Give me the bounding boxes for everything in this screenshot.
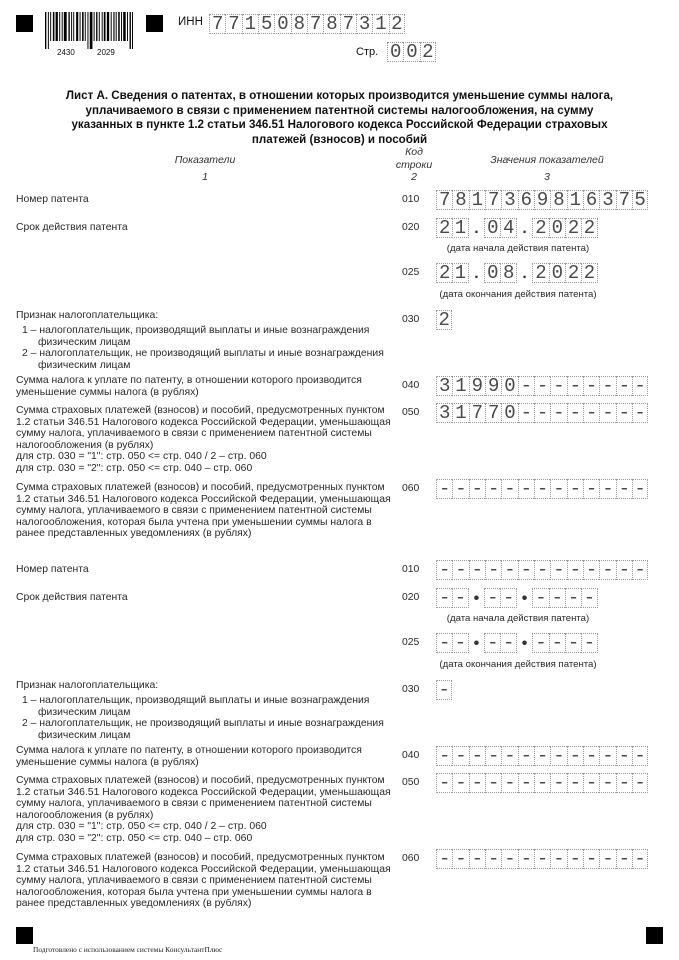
text-line: для стр. 030 = "2": стр. 050 <= стр. 040… [16, 833, 391, 845]
end-date-field[interactable]: 21.08.2022 [436, 263, 598, 283]
tax-amount-label: Сумма налога к уплате по патенту, в отно… [16, 745, 362, 768]
field-cell: - [567, 849, 583, 869]
insurance-prior-field[interactable]: ------------- [436, 849, 648, 869]
field-cell: - [501, 849, 517, 869]
date-year-group[interactable]: ---- [532, 633, 597, 653]
insurance-amount-field[interactable]: ------------- [436, 773, 648, 793]
line-code-020: 020 [402, 592, 419, 604]
line-code-010: 010 [402, 194, 419, 206]
text-line: Сумма налога к уплате по патенту, в отно… [16, 745, 362, 757]
start-date-caption: (дата начала действия патента) [436, 613, 600, 624]
option-text: 2 – налогоплательщик, не производящий вы… [22, 718, 384, 730]
line-code-025: 025 [402, 267, 419, 279]
date-separator: • [469, 588, 485, 608]
tax-amount-field[interactable]: ------------- [436, 746, 648, 766]
field-cell: - [599, 773, 615, 793]
date-separator: • [469, 633, 485, 653]
field-cell: 7 [485, 190, 501, 210]
field-cell: - [518, 773, 534, 793]
text-line: налогообложения (в рублях) [16, 810, 391, 822]
field-cell: 7 [616, 190, 632, 210]
date-year-group[interactable]: ---- [532, 588, 597, 608]
field-cell: - [452, 588, 468, 608]
field-cell: - [484, 588, 500, 608]
patent-number-field[interactable]: 7817369816375 [436, 190, 648, 210]
text-line: сумму налога, уплачиваемого в связи с пр… [16, 875, 391, 887]
field-cell: - [567, 773, 583, 793]
field-cell: - [549, 588, 565, 608]
insurance-amount-label: Сумма страховых платежей (взносов) и пос… [16, 775, 391, 845]
field-cell: - [550, 560, 566, 580]
field-cell: - [581, 633, 597, 653]
field-cell: - [452, 633, 468, 653]
option-text-continued: физическим лицам [22, 730, 384, 742]
start-date-field[interactable]: --•--•---- [436, 588, 598, 608]
field-cell: - [436, 746, 452, 766]
field-cell: - [616, 746, 632, 766]
field-cell: 6 [583, 190, 599, 210]
field-cell: 7 [436, 190, 452, 210]
text-line: для стр. 030 = "1": стр. 050 <= стр. 040… [16, 821, 391, 833]
field-cell: - [469, 560, 485, 580]
line-code-010: 010 [402, 564, 419, 576]
line-code-060: 060 [402, 853, 419, 865]
field-cell: 8 [452, 190, 468, 210]
date-month-group[interactable]: -- [484, 633, 517, 653]
field-cell: 2 [436, 218, 452, 238]
field-cell: 8 [550, 190, 566, 210]
field-cell: - [581, 588, 597, 608]
validity-label: Срок действия патента [16, 222, 128, 234]
field-cell: - [485, 560, 501, 580]
field-cell: 0 [549, 263, 565, 283]
text-line: Сумма страховых платежей (взносов) и пос… [16, 852, 391, 864]
field-cell: - [485, 746, 501, 766]
field-cell: - [550, 773, 566, 793]
field-cell: - [500, 588, 516, 608]
date-day-group[interactable]: -- [436, 633, 469, 653]
field-cell: 2 [436, 310, 452, 330]
field-cell: 4 [500, 218, 516, 238]
field-cell: 9 [534, 190, 550, 210]
field-cell: 3 [599, 190, 615, 210]
text-line: сумму налога, уплачиваемого в связи с пр… [16, 798, 391, 810]
field-cell: 2 [532, 218, 548, 238]
field-cell: - [501, 773, 517, 793]
end-date-caption: (дата окончания действия патента) [436, 289, 600, 300]
field-cell: 6 [518, 190, 534, 210]
patent-number-label: Номер патента [16, 564, 89, 576]
field-cell: 8 [500, 263, 516, 283]
line-code-040: 040 [402, 750, 419, 762]
field-cell: - [534, 773, 550, 793]
taxpayer-sign-option-2: 2 – налогоплательщик, не производящий вы… [22, 348, 384, 371]
field-cell: - [534, 560, 550, 580]
patent-number-label: Номер патента [16, 194, 89, 206]
date-separator: • [517, 633, 533, 653]
start-date-caption: (дата начала действия патента) [436, 243, 600, 254]
field-cell: 0 [484, 263, 500, 283]
date-month-group[interactable]: -- [484, 588, 517, 608]
line-code-030: 030 [402, 684, 419, 696]
footer-note: Подготовлено с использованием системы Ко… [33, 945, 222, 954]
field-cell: 1 [452, 218, 468, 238]
field-cell: - [436, 633, 452, 653]
field-cell: - [452, 746, 468, 766]
field-cell: - [469, 746, 485, 766]
field-cell: - [436, 849, 452, 869]
field-cell: - [616, 773, 632, 793]
date-separator: . [517, 263, 533, 283]
date-separator: . [517, 218, 533, 238]
field-cell: - [550, 746, 566, 766]
alignment-marker-bottom-left [16, 927, 33, 944]
field-cell: 2 [436, 263, 452, 283]
field-cell: 1 [469, 190, 485, 210]
field-cell: 2 [532, 263, 548, 283]
date-year-group[interactable]: 2022 [532, 218, 597, 238]
text-line: ранее представленных уведомлениях (в руб… [16, 898, 391, 910]
field-cell: - [452, 849, 468, 869]
field-cell: 0 [549, 218, 565, 238]
field-cell: - [583, 560, 599, 580]
text-line: 1.2 статьи 346.51 Налогового кодекса Рос… [16, 864, 391, 876]
taxpayer-sign-option-1: 1 – налогоплательщик, производящий выпла… [22, 325, 369, 348]
field-cell: - [500, 633, 516, 653]
field-cell: - [550, 849, 566, 869]
field-cell: - [518, 849, 534, 869]
field-cell: 3 [501, 190, 517, 210]
option-text: 1 – налогоплательщик, производящий выпла… [22, 325, 369, 337]
patent-section: Номер патента 010 7817369816375 Срок дей… [0, 0, 679, 370]
date-month-group[interactable]: 08 [484, 263, 517, 283]
field-cell: - [583, 849, 599, 869]
field-cell: - [549, 633, 565, 653]
field-cell: 2 [565, 218, 581, 238]
field-cell: - [452, 773, 468, 793]
line-code-025: 025 [402, 637, 419, 649]
field-cell: - [632, 560, 648, 580]
field-cell: - [616, 849, 632, 869]
validity-label: Срок действия патента [16, 592, 128, 604]
field-cell: - [632, 746, 648, 766]
taxpayer-sign-option-2: 2 – налогоплательщик, не производящий вы… [22, 718, 384, 741]
patent-section: Номер патента 010 ------------- Срок дей… [0, 370, 679, 740]
option-text-continued: физическим лицам [22, 707, 369, 719]
field-cell: - [469, 849, 485, 869]
field-cell: - [599, 849, 615, 869]
date-separator: . [469, 263, 485, 283]
option-text: 2 – налогоплательщик, не производящий вы… [22, 348, 384, 360]
field-cell: - [485, 849, 501, 869]
field-cell: - [501, 560, 517, 580]
line-code-050: 050 [402, 777, 419, 789]
field-cell: 0 [484, 218, 500, 238]
field-cell: - [632, 773, 648, 793]
field-cell: - [532, 633, 548, 653]
field-cell: 1 [452, 263, 468, 283]
date-day-group[interactable]: -- [436, 588, 469, 608]
field-cell: - [567, 560, 583, 580]
field-cell: - [599, 560, 615, 580]
field-cell: - [583, 773, 599, 793]
field-cell: - [436, 560, 452, 580]
field-cell: - [436, 773, 452, 793]
line-code-020: 020 [402, 222, 419, 234]
field-cell: 5 [632, 190, 648, 210]
field-cell: 1 [567, 190, 583, 210]
field-cell: - [452, 560, 468, 580]
alignment-marker-bottom-right [646, 927, 663, 944]
field-cell: - [599, 746, 615, 766]
field-cell: - [565, 588, 581, 608]
taxpayer-sign-label: Признак налогоплательщика: [16, 680, 158, 692]
field-cell: - [534, 849, 550, 869]
date-day-group[interactable]: 21 [436, 218, 469, 238]
insurance-prior-label: Сумма страховых платежей (взносов) и пос… [16, 852, 391, 910]
date-separator: . [469, 218, 485, 238]
field-cell: 2 [565, 263, 581, 283]
date-year-group[interactable]: 2022 [532, 263, 597, 283]
start-date-field[interactable]: 21.04.2022 [436, 218, 598, 238]
field-cell: - [532, 588, 548, 608]
field-cell: 2 [581, 263, 597, 283]
field-cell: - [565, 633, 581, 653]
taxpayer-sign-option-1: 1 – налогоплательщик, производящий выпла… [22, 695, 369, 718]
taxpayer-sign-field[interactable]: 2 [436, 310, 452, 330]
option-text-continued: физическим лицам [22, 337, 369, 349]
line-code-030: 030 [402, 314, 419, 326]
field-cell: - [484, 633, 500, 653]
option-text: 1 – налогоплательщик, производящий выпла… [22, 695, 369, 707]
field-cell: 2 [581, 218, 597, 238]
patent-number-field[interactable]: ------------- [436, 560, 648, 580]
field-cell: - [567, 746, 583, 766]
text-line: налогообложения, которая была учтена при… [16, 887, 391, 899]
field-cell: - [436, 680, 452, 700]
field-cell: - [436, 588, 452, 608]
field-cell: - [485, 773, 501, 793]
field-cell: - [518, 560, 534, 580]
text-line: уменьшение суммы налога (в рублях) [16, 757, 362, 769]
text-line: Сумма страховых платежей (взносов) и пос… [16, 775, 391, 787]
date-month-group[interactable]: 04 [484, 218, 517, 238]
field-cell: - [583, 746, 599, 766]
text-line: 1.2 статьи 346.51 Налогового кодекса Рос… [16, 787, 391, 799]
end-date-field[interactable]: --•--•---- [436, 633, 598, 653]
taxpayer-sign-label: Признак налогоплательщика: [16, 310, 158, 322]
date-day-group[interactable]: 21 [436, 263, 469, 283]
field-cell: - [469, 773, 485, 793]
field-cell: - [501, 746, 517, 766]
taxpayer-sign-field[interactable]: - [436, 680, 452, 700]
date-separator: • [517, 588, 533, 608]
field-cell: - [518, 746, 534, 766]
end-date-caption: (дата окончания действия патента) [436, 659, 600, 670]
field-cell: - [616, 560, 632, 580]
field-cell: - [632, 849, 648, 869]
field-cell: - [534, 746, 550, 766]
